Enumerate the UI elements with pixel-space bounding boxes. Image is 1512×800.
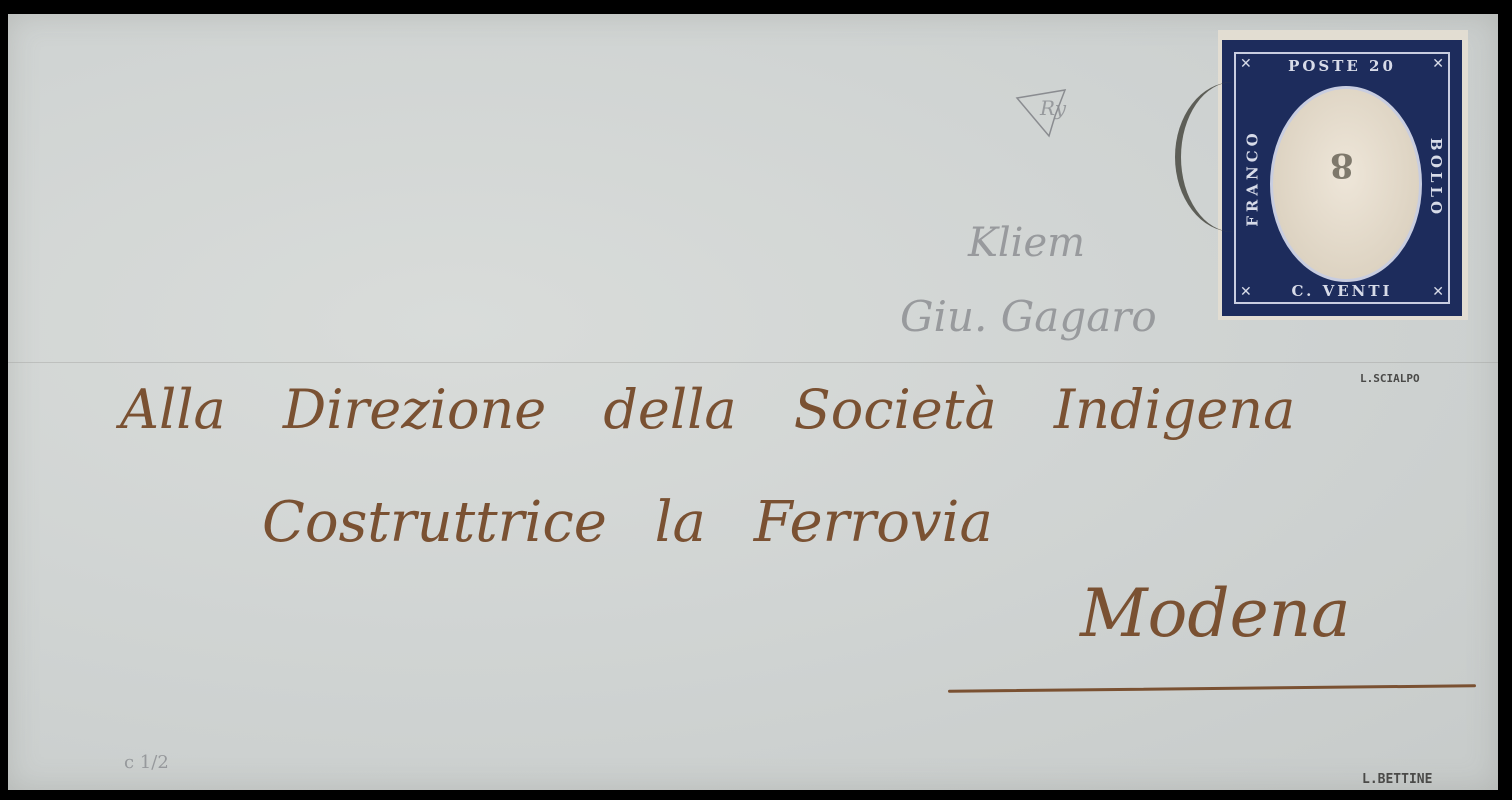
corner-ornament-icon: ✕ [1240,284,1252,300]
pencil-signature: Kliem [968,220,1085,266]
stamp-right-text: BOLLO [1427,138,1445,218]
pencil-note: c 1/2 [124,752,169,773]
stamp-bottom-text: C. VENTI [1236,282,1448,300]
corner-ornament-icon: ✕ [1240,56,1252,72]
expert-mark: L.BETTINE [1362,772,1432,787]
pencil-signature: Giu. Gagaro [900,292,1157,341]
stamp-top-text: POSTE 20 [1236,57,1448,75]
address-city: Modena [1080,575,1350,652]
corner-ornament-icon: ✕ [1432,56,1444,72]
address-line-1: Alla Direzione della Società Indigena [120,378,1295,441]
postmark-arc [1175,82,1291,232]
pencil-mark: Ry [1040,96,1066,120]
postmark-digit: 8 [1330,145,1354,185]
corner-ornament-icon: ✕ [1432,284,1444,300]
expert-mark: L.SCIALPO [1360,372,1420,385]
address-line-2: Costruttrice la Ferrovia [262,490,993,555]
fold-line [8,362,1498,363]
